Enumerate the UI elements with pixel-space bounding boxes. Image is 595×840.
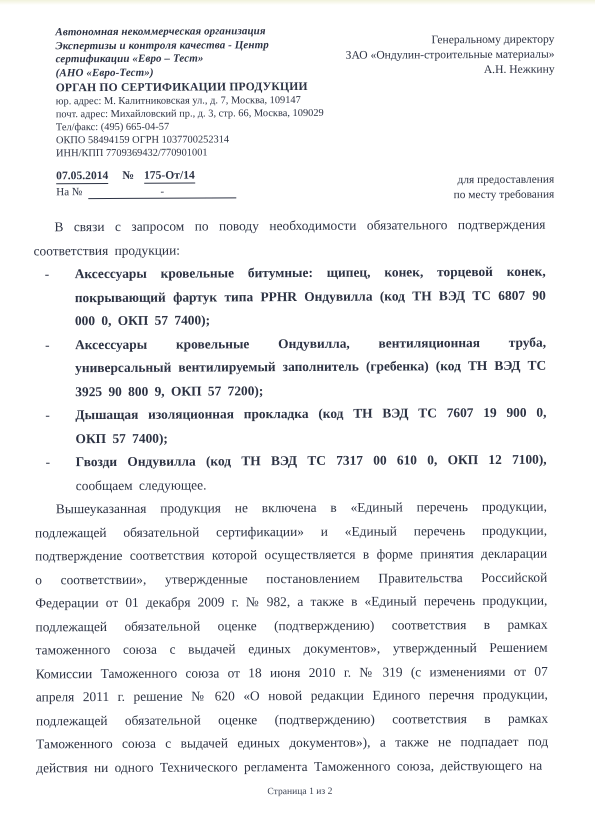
reference-line-outgoing: 07.05.2014№175-От/14 (56, 168, 236, 182)
purpose-line2: по месту требования (354, 188, 554, 204)
number-sign: № (122, 169, 134, 182)
list-item: -Аксессуары кровельные битумные: щипец, … (34, 260, 546, 333)
list-item: -Дышащая изоляционная прокладка (код ТН … (34, 401, 546, 451)
recipient-position: Генеральному директору (294, 32, 554, 48)
sender-inn-kpp: ИНН/КПП 7709369432/770901001 (56, 146, 376, 161)
product-list: -Аксессуары кровельные битумные: щипец, … (34, 260, 547, 498)
recipient-name: А.Н. Нежкину (295, 62, 555, 78)
list-item-bold-text: Аксессуары кровельные Ондувилла, вентиля… (75, 334, 546, 398)
dash-bullet: - (45, 403, 50, 427)
letter-number: 175-От/14 (144, 169, 195, 184)
dash-bullet: - (45, 333, 50, 357)
reference-block: 07.05.2014№175-От/14 На №- (56, 168, 236, 199)
dash-bullet: - (46, 450, 51, 474)
list-item: -Аксессуары кровельные Ондувилла, вентил… (34, 330, 546, 403)
list-item-regular-text: сообщаем следующее. (76, 477, 207, 493)
purpose-note: для предоставления по месту требования (354, 173, 554, 204)
na-number-label: На № (56, 186, 82, 198)
recipient-company: ЗАО «Ондулин-строительные материалы» (294, 47, 554, 63)
list-item-bold-text: Аксессуары кровельные битумные: щипец, к… (75, 264, 546, 328)
main-paragraph: Вышеуказанная продукция не включена в «Е… (35, 495, 548, 780)
recipient-block: Генеральному директору ЗАО «Ондулин-стро… (294, 32, 554, 78)
dash-bullet: - (45, 262, 50, 286)
na-number-blank: - (88, 186, 236, 199)
purpose-line1: для предоставления (354, 173, 554, 189)
page-number-footer: Страница 1 из 2 (2, 784, 595, 798)
letter-body: В связи с запросом по поводу необходимос… (33, 213, 548, 780)
list-item-bold-text: Дышащая изоляционная прокладка (код ТН В… (75, 405, 546, 446)
list-item: -Гвозди Ондувилла (код ТН ВЭД ТС 7317 00… (35, 448, 547, 498)
reference-line-incoming: На №- (56, 185, 236, 199)
scanned-letter-page: Автономная некоммерческая организация Эк… (0, 0, 595, 840)
intro-paragraph: В связи с запросом по поводу необходимос… (33, 213, 545, 263)
letter-date: 07.05.2014 (56, 169, 108, 184)
document-content: Автономная некоммерческая организация Эк… (0, 0, 595, 840)
list-item-bold-text: Гвозди Ондувилла (код ТН ВЭД ТС 7317 00 … (76, 452, 547, 469)
